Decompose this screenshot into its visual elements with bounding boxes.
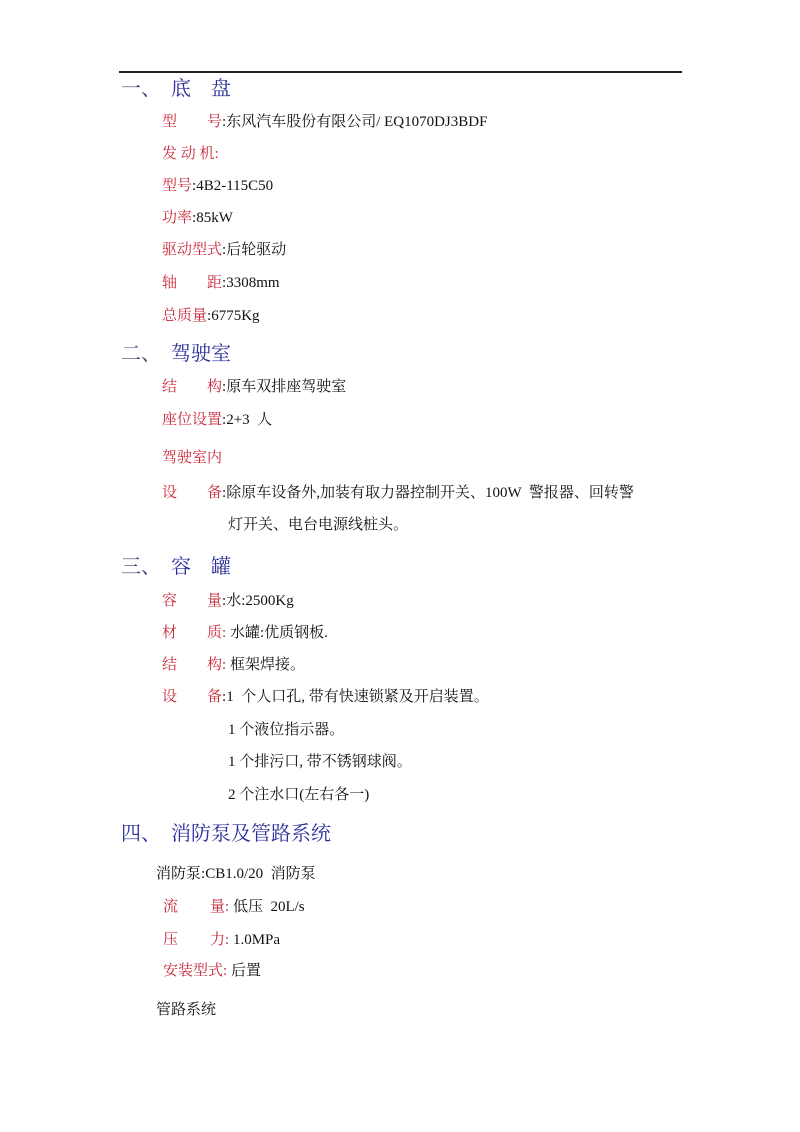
spec-row-fill-ports: 2 个注水口(左右各一) [228,785,369,805]
spec-label: 结 [162,655,207,675]
spec-row-drain: 1 个排污口, 带不锈钢球阀。 [228,752,412,772]
section-number: 三、 [121,554,171,580]
section-number: 一、 [121,76,171,102]
spec-row-piping-system: 管路系统 [156,1000,216,1020]
spec-value: 东风汽车股份有限公司/ EQ1070DJ3BDF [226,114,487,130]
spec-value: 1 个液位指示器。 [228,722,344,738]
spec-value: CB1.0/20 消防泵 [205,866,315,882]
spec-label: 力 [210,932,225,948]
spec-value: 4B2-115C50 [196,178,273,194]
spec-label: 距 [207,275,222,291]
spec-row-cab-interior: 驾驶室内 [162,448,222,468]
spec-value: 2 个注水口(左右各一) [228,787,369,803]
spec-label: 驱动型式 [162,242,222,258]
spec-label: 构 [207,379,222,395]
spec-label: 容 [162,591,207,611]
spec-value: 后置 [227,963,261,979]
spec-row-flow: 流量: 低压 20L/s [163,897,305,917]
spec-value: 6775Kg [211,308,259,324]
section-heading-pump: 四、消防泵及管路系统 [121,821,331,847]
spec-row-seating: 座位设置:2+3 人 [162,410,272,430]
spec-label: 流 [163,897,210,917]
spec-label: 备 [207,485,222,501]
spec-label: 备 [207,689,222,705]
spec-label: 结 [162,377,207,397]
spec-row-engine: 发 动 机: [162,144,219,164]
spec-row-cab-equipment: 设备:除原车设备外,加装有取力器控制开关、100W 警报器、回转警 [162,483,634,503]
spec-value: 水:2500Kg [226,593,294,609]
spec-row-mounting: 安装型式: 后置 [163,961,261,981]
spec-label: 设 [162,483,207,503]
spec-label: 发 动 机: [162,146,219,162]
spec-label: 总质量 [162,308,207,324]
section-heading-tank: 三、容 罐 [121,554,231,580]
spec-value: 除原车设备外,加装有取力器控制开关、100W 警报器、回转警 [226,485,634,501]
spec-label: 座位设置 [162,412,222,428]
spec-label: 设 [162,687,207,707]
spec-row-model: 型号:东风汽车股份有限公司/ EQ1070DJ3BDF [162,112,487,132]
section-heading-cab: 二、驾驶室 [121,341,231,367]
spec-value: 框架焊接。 [226,657,305,673]
spec-row-structure: 结构:原车双排座驾驶室 [162,377,346,397]
spec-value: 1 个人口孔, 带有快速锁紧及开启装置。 [226,689,489,705]
section-title: 驾驶室 [171,343,231,365]
spec-value: 3308mm [226,275,279,291]
spec-label: 质 [207,625,222,641]
spec-label: 消防泵 [156,866,201,882]
spec-value: 1.0MPa [229,932,280,948]
spec-value: 1 个排污口, 带不锈钢球阀。 [228,754,412,770]
spec-label: 安装型式 [163,963,223,979]
spec-value: 85kW [196,210,233,226]
section-heading-chassis: 一、底 盘 [121,76,231,102]
section-title: 容 罐 [171,556,231,578]
spec-row-wheelbase: 轴距:3308mm [162,273,280,293]
spec-label: 型号 [162,178,192,194]
spec-row-tank-structure: 结构: 框架焊接。 [162,655,305,675]
spec-label: 构 [207,657,222,673]
spec-row-pressure: 压力: 1.0MPa [163,930,280,950]
spec-label: 量 [210,899,225,915]
section-number: 二、 [121,341,171,367]
spec-row-gross-mass: 总质量:6775Kg [162,306,260,326]
spec-row-engine-model: 型号:4B2-115C50 [162,176,273,196]
spec-label: 管路系统 [156,1002,216,1018]
spec-row-drive-type: 驱动型式:后轮驱动 [162,240,286,260]
spec-label: 量 [207,593,222,609]
spec-value: 水罐:优质钢板. [226,625,328,641]
spec-value: 低压 20L/s [229,899,304,915]
spec-row-level-indicator: 1 个液位指示器。 [228,720,344,740]
spec-label: 型 [162,112,207,132]
spec-label: 功率 [162,210,192,226]
spec-row-power: 功率:85kW [162,208,233,228]
spec-row-material: 材质: 水罐:优质钢板. [162,623,328,643]
section-number: 四、 [121,821,171,847]
header-rule [119,71,682,73]
spec-row-cab-equipment-continued: 灯开关、电台电源线桩头。 [228,515,408,535]
spec-label: 轴 [162,273,207,293]
spec-label: 材 [162,623,207,643]
spec-label: 号 [207,114,222,130]
spec-value: 2+3 人 [226,412,272,428]
spec-row-fire-pump: 消防泵:CB1.0/20 消防泵 [156,864,316,884]
spec-row-capacity: 容量:水:2500Kg [162,591,294,611]
spec-row-tank-equipment: 设备:1 个人口孔, 带有快速锁紧及开启装置。 [162,687,489,707]
section-title: 消防泵及管路系统 [171,823,331,845]
spec-label: 驾驶室内 [162,450,222,466]
section-title: 底 盘 [171,78,231,100]
spec-label: 压 [163,930,210,950]
spec-value: 原车双排座驾驶室 [226,379,346,395]
spec-value: 后轮驱动 [226,242,286,258]
spec-value: 灯开关、电台电源线桩头。 [228,517,408,533]
